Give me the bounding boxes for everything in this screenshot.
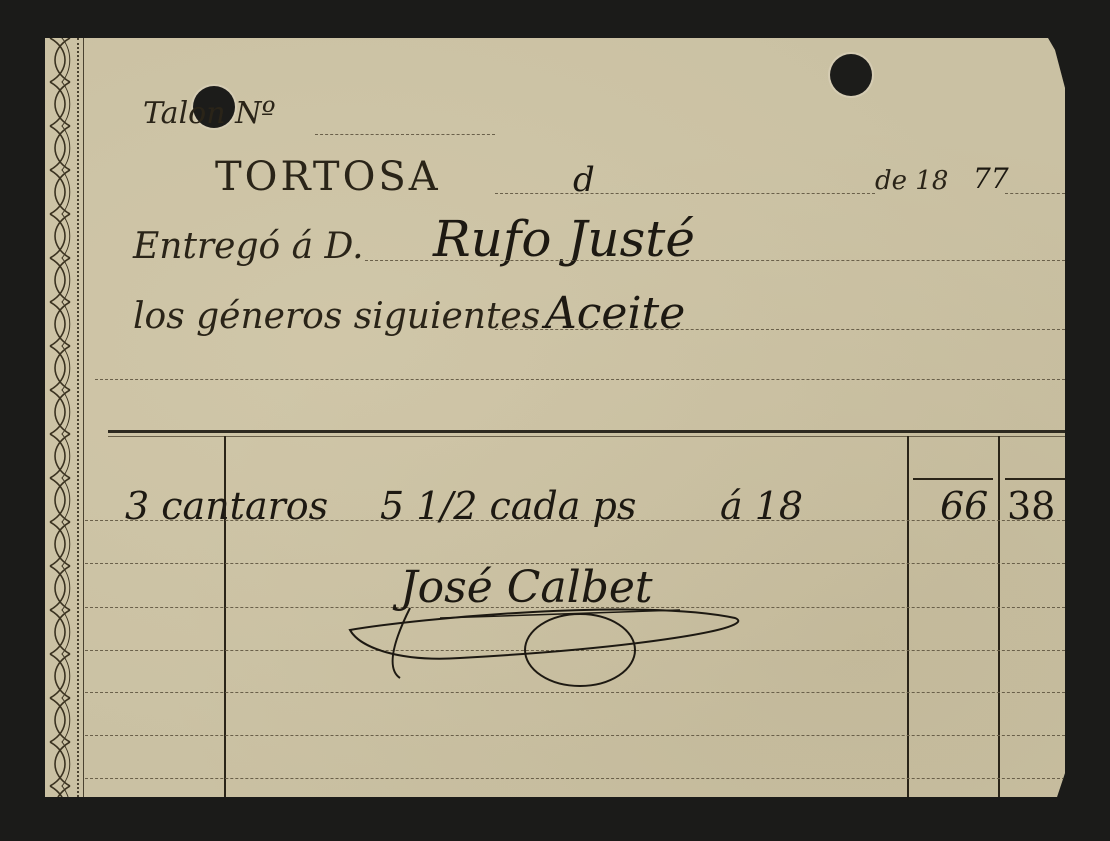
date-suffix: de 18 <box>875 166 948 196</box>
item-unit-price: á 18 <box>720 484 803 528</box>
goods-value: Aceite <box>545 288 685 339</box>
table-top-border-thin <box>108 436 1065 437</box>
table-top-border <box>108 430 1065 433</box>
punch-hole <box>830 54 872 96</box>
receipt-paper: Talon Nº TORTOSA d de 18 77 Entregó á D.… <box>45 38 1065 797</box>
recipient-rule <box>365 260 1065 261</box>
date-rule <box>495 193 875 194</box>
year-rule <box>1005 193 1065 194</box>
border-dotted-line <box>77 38 79 797</box>
talon-rule <box>315 134 495 135</box>
year-digits: 77 <box>973 162 1009 195</box>
delivered-to-label: Entregó á D. <box>133 226 364 267</box>
table-rule <box>85 735 1065 736</box>
column-divider <box>907 436 909 797</box>
signature-flourish-icon <box>340 578 750 688</box>
ornamental-border-icon <box>45 38 75 797</box>
date-day: d <box>573 160 595 200</box>
city-title: TORTOSA <box>215 154 441 200</box>
goods-rule <box>495 329 1065 330</box>
talon-label: Talon Nº <box>143 96 275 131</box>
border-line <box>83 38 84 797</box>
header-rule <box>95 379 1065 380</box>
column-divider <box>998 436 1000 797</box>
amount-underline <box>913 478 993 480</box>
item-cents: 38 <box>1007 484 1055 528</box>
item-quantity: 3 cantaros <box>125 484 328 528</box>
item-amount: 66 <box>940 484 988 528</box>
item-detail: 5 1/2 cada ps <box>380 484 636 528</box>
cents-underline <box>1005 478 1065 480</box>
goods-label: los géneros siguientes <box>133 296 540 337</box>
table-rule <box>85 692 1065 693</box>
table-rule <box>85 778 1065 779</box>
